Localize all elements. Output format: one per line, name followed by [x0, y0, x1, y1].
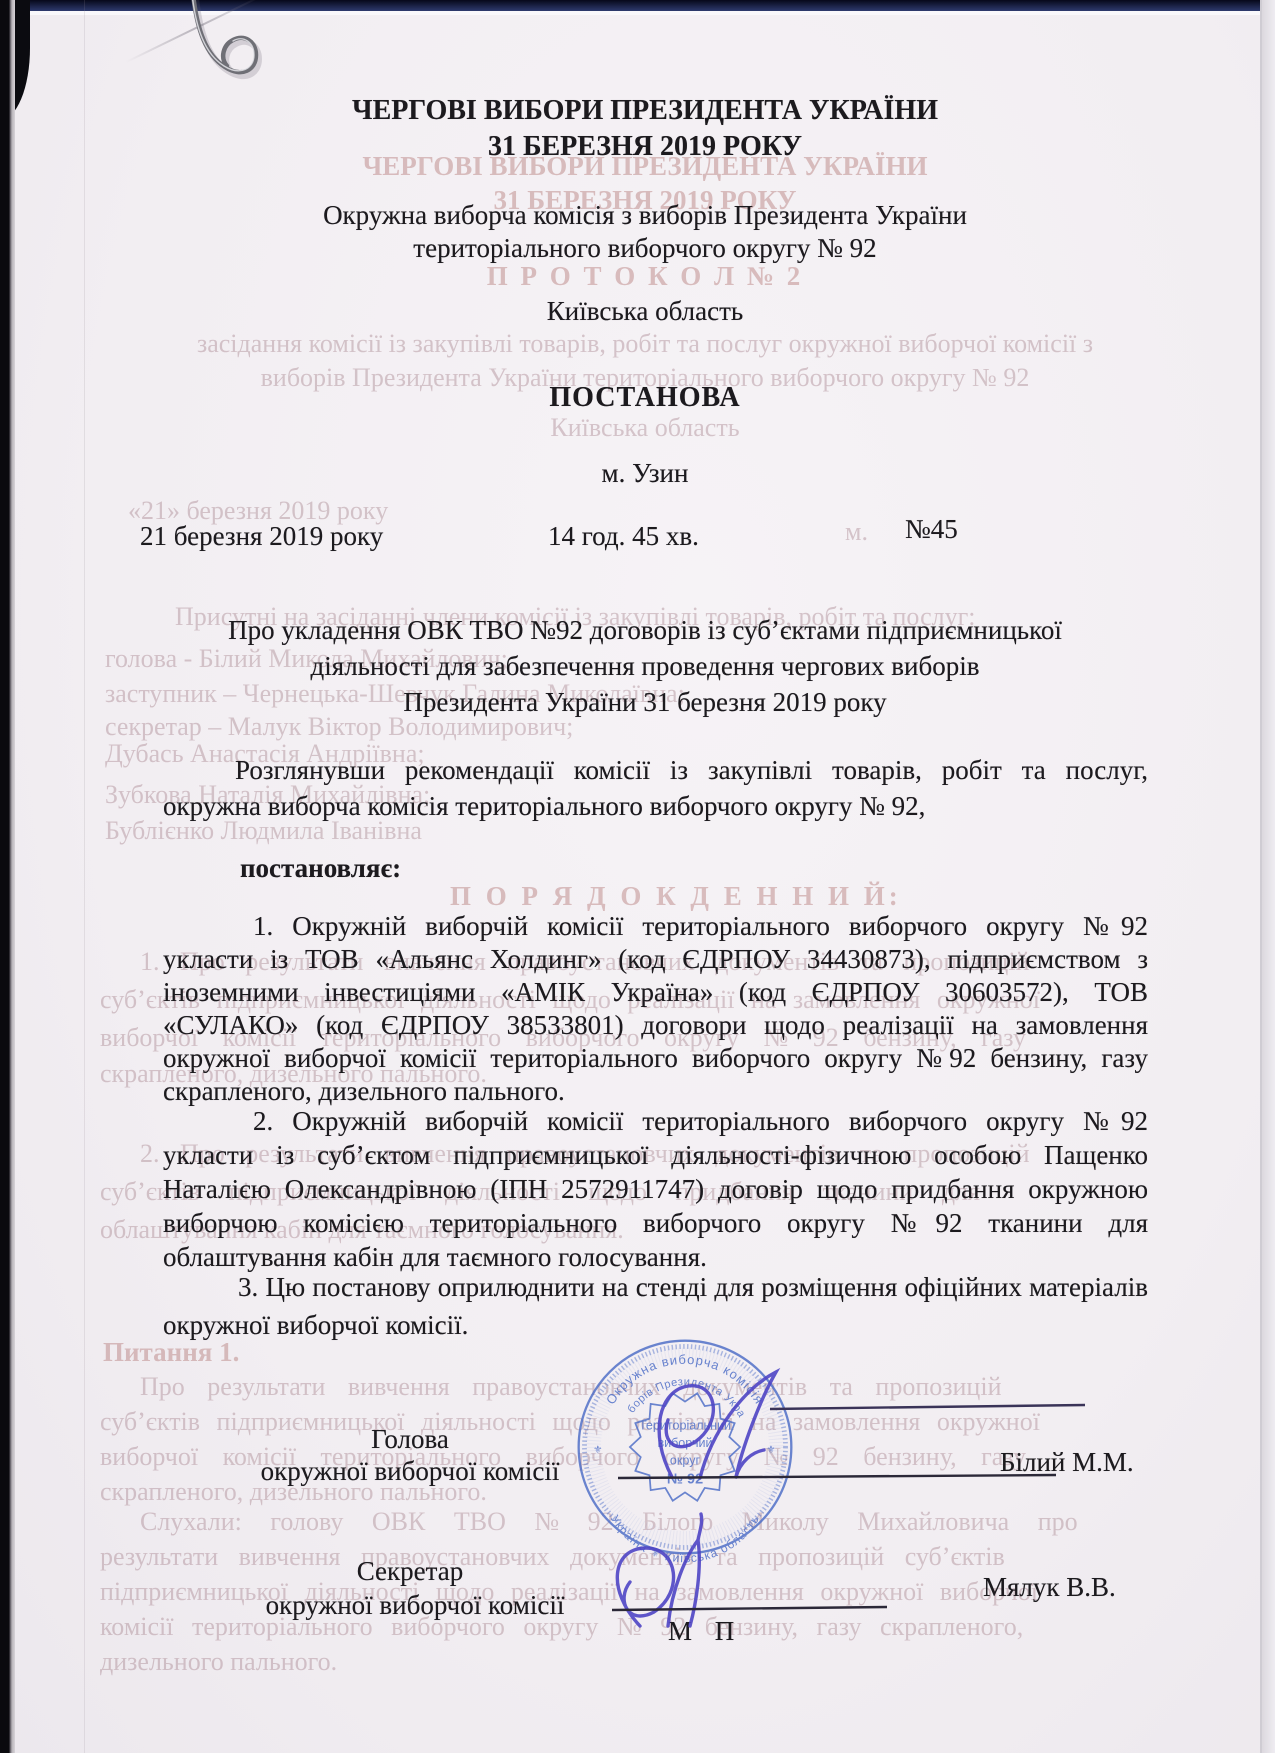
commission-name-line1: Окружна виборча комісія з виборів Презид… [150, 200, 1140, 231]
city-line: м. Узин [150, 458, 1140, 489]
item2-line5: облаштування кабін для таємного голосува… [163, 1242, 1148, 1273]
election-title-line1: ЧЕРГОВІ ВИБОРИ ПРЕЗИДЕНТА УКРАЇНИ [150, 95, 1140, 127]
item1-line4: «СУЛАКО» (код ЄДРПОУ 38533801) договори … [163, 1010, 1148, 1041]
stamp-center-number: № 92 [667, 1472, 703, 1488]
bleed-line: П Р О Т О К О Л № 2 [150, 262, 1140, 292]
resolves-label: постановляє: [240, 853, 401, 884]
item1-line5: окружної виборчої комісії територіальног… [163, 1043, 1148, 1074]
bleed-line: засідання комісії із закупівлі товарів, … [150, 330, 1140, 359]
item3-line2: окружної виборчої комісії. [163, 1310, 1148, 1341]
commission-name-line2: територіального виборчого округу № 92 [150, 233, 1140, 264]
document-number: №45 [905, 514, 958, 545]
secretary-signature-line [612, 1607, 887, 1610]
preamble-line1: Розглянувши рекомендації комісії із заку… [163, 755, 1148, 786]
chair-role-line2: окружної виборчої комісії [250, 1456, 570, 1487]
bleed-line: Питання 1. [103, 1338, 239, 1368]
page-right-edge [1262, 0, 1275, 1753]
item2-line1: 2. Окружній виборчій комісії територіаль… [163, 1106, 1148, 1137]
item2-line2: укласти із суб’єктом підприємницької дія… [163, 1140, 1148, 1171]
subject-line1: Про укладення ОВК ТВО №92 договорів із с… [150, 615, 1140, 646]
subject-line3: Президента України 31 березня 2019 року [150, 687, 1140, 718]
item1-line3: іноземними інвестиціями «АМІК Україна» (… [163, 977, 1148, 1008]
scanner-left-edge [0, 0, 15, 1753]
document-date: 21 березня 2019 року [140, 521, 383, 552]
secretary-role-line2: окружної виборчої комісії [250, 1590, 580, 1621]
bleed-line: Слухали: голову ОВК ТВО № 92 Білого Мико… [140, 1508, 1078, 1537]
chair-role-line1: Голова [250, 1424, 570, 1455]
chair-signature-line [618, 1475, 1056, 1478]
item1-line1: 1. Окружній виборчій комісії територіаль… [163, 911, 1148, 942]
bleed-line: Про результати вивчення правоустановчих … [140, 1373, 1001, 1402]
item1-line6: скрапленого, дизельного пального. [163, 1076, 1148, 1107]
region-line: Київська область [150, 296, 1140, 327]
chair-name: Білий М.М. [1000, 1447, 1134, 1478]
subject-line2: діяльності для забезпечення проведення ч… [150, 651, 1140, 682]
secretary-name: Мялук В.В. [983, 1572, 1116, 1603]
bleed-line: дизельного пального. [100, 1648, 337, 1677]
item2-line4: виборчою комісією територіального виборч… [163, 1208, 1148, 1239]
item1-line2: укласти із ТОВ «Альянс Холдинг» (код ЄДР… [163, 944, 1148, 975]
page-top-gap [0, 11, 1275, 15]
document-type-title: ПОСТАНОВА [150, 382, 1140, 414]
seal-place-mark: М П [668, 1616, 742, 1647]
scanned-document-page: ЧЕРГОВІ ВИБОРИ ПРЕЗИДЕНТА УКРАЇНИ 31 БЕР… [0, 0, 1275, 1753]
scanner-top-edge [0, 0, 1275, 11]
item3-line1: 3. Цю постанову оприлюднити на стенді дл… [163, 1272, 1148, 1303]
document-time: 14 год. 45 хв. [548, 521, 699, 552]
bleed-line: П О Р Я Д О К Д Е Н Н И Й: [450, 882, 902, 912]
secretary-role-line1: Секретар [250, 1556, 570, 1587]
item2-line3: Наталією Олександрівною (ІПН 2572911747)… [163, 1174, 1148, 1205]
under-page-edge-line [84, 0, 85, 1753]
preamble-line2: окружна виборча комісія територіального … [163, 791, 1148, 822]
bleed-line: Київська область [150, 414, 1140, 443]
election-title-line2: 31 БЕРЕЗНЯ 2019 РОКУ [150, 131, 1140, 163]
bleed-line: м. [845, 518, 868, 547]
